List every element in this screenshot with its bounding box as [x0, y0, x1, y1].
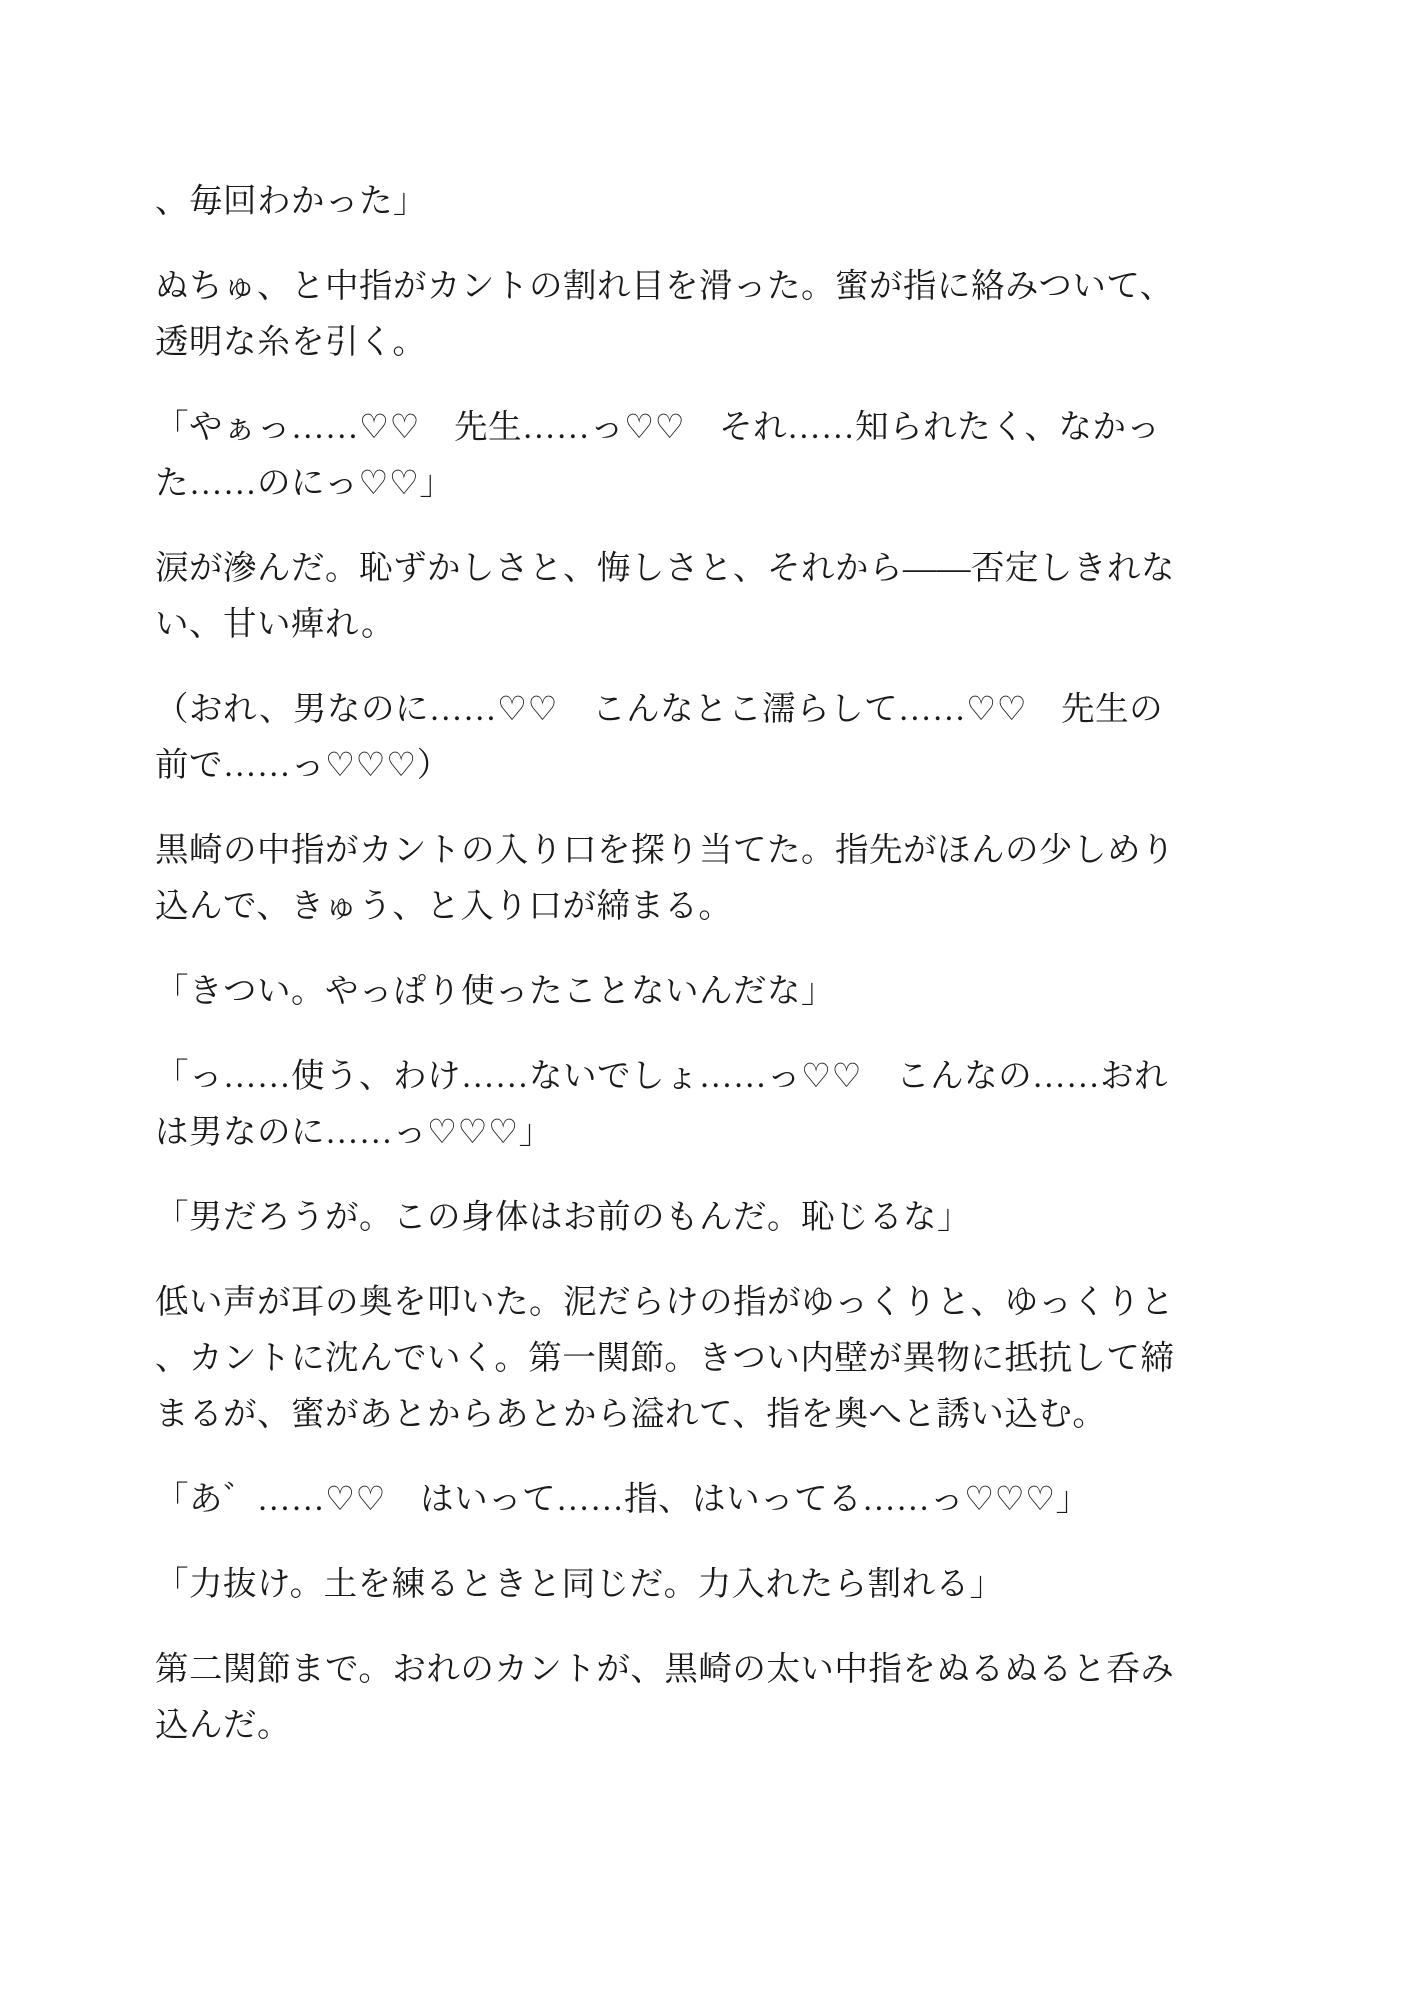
text-line: 「男だろうが。この身体はお前のもんだ。恥じるな」	[155, 1190, 1185, 1246]
paragraph: 、毎回わかった」	[155, 174, 1185, 230]
text-line: （おれ、男なのに……♡♡ こんなとこ濡らして……♡♡ 先生の	[155, 682, 1185, 738]
paragraph: 低い声が耳の奥を叩いた。泥だらけの指がゆっくりと、ゆっくりと、カントに沈んでいく…	[155, 1275, 1185, 1443]
page-body: 、毎回わかった」ぬちゅ、と中指がカントの割れ目を滑った。蜜が指に絡みついて、透明…	[155, 174, 1185, 1783]
paragraph: 「あ゛……♡♡ はいって……指、はいってる……っ♡♡♡」	[155, 1472, 1185, 1528]
text-line: 透明な糸を引く。	[155, 315, 1185, 371]
paragraph: 「力抜け。土を練るときと同じだ。力入れたら割れる」	[155, 1557, 1185, 1613]
text-line: 低い声が耳の奥を叩いた。泥だらけの指がゆっくりと、ゆっくりと	[155, 1275, 1185, 1331]
text-line: まるが、蜜があとからあとから溢れて、指を奥へと誘い込む。	[155, 1387, 1185, 1443]
text-line: 「っ……使う、わけ……ないでしょ……っ♡♡ こんなの……おれ	[155, 1049, 1185, 1105]
text-line: 、毎回わかった」	[155, 174, 1185, 230]
text-line: ぬちゅ、と中指がカントの割れ目を滑った。蜜が指に絡みついて、	[155, 259, 1185, 315]
paragraph: 「やぁっ……♡♡ 先生……っ♡♡ それ……知られたく、なかった……のにっ♡♡」	[155, 400, 1185, 512]
text-line: 「やぁっ……♡♡ 先生……っ♡♡ それ……知られたく、なかっ	[155, 400, 1185, 456]
paragraph: 「っ……使う、わけ……ないでしょ……っ♡♡ こんなの……おれは男なのに……っ♡♡…	[155, 1049, 1185, 1161]
text-line: 「あ゛……♡♡ はいって……指、はいってる……っ♡♡♡」	[155, 1472, 1185, 1528]
text-line: 第二関節まで。おれのカントが、黒崎の太い中指をぬるぬると呑み	[155, 1642, 1185, 1698]
text-line: 込んだ。	[155, 1698, 1185, 1754]
text-line: た……のにっ♡♡」	[155, 456, 1185, 512]
paragraph: 第二関節まで。おれのカントが、黒崎の太い中指をぬるぬると呑み込んだ。	[155, 1642, 1185, 1754]
paragraph: 「男だろうが。この身体はお前のもんだ。恥じるな」	[155, 1190, 1185, 1246]
paragraph: ぬちゅ、と中指がカントの割れ目を滑った。蜜が指に絡みついて、透明な糸を引く。	[155, 259, 1185, 371]
text-line: 「きつい。やっぱり使ったことないんだな」	[155, 964, 1185, 1020]
text-line: 、カントに沈んでいく。第一関節。きつい内壁が異物に抵抗して締	[155, 1331, 1185, 1387]
paragraph: 黒崎の中指がカントの入り口を探り当てた。指先がほんの少しめり込んで、きゅう、と入…	[155, 823, 1185, 935]
document-page: { "page": { "background": "#ffffff", "te…	[0, 0, 1415, 2000]
text-line: い、甘い痺れ。	[155, 597, 1185, 653]
paragraph: 涙が滲んだ。恥ずかしさと、悔しさと、それから——否定しきれない、甘い痺れ。	[155, 541, 1185, 653]
paragraph: 「きつい。やっぱり使ったことないんだな」	[155, 964, 1185, 1020]
text-line: 涙が滲んだ。恥ずかしさと、悔しさと、それから——否定しきれな	[155, 541, 1185, 597]
text-line: 前で……っ♡♡♡）	[155, 738, 1185, 794]
text-line: 「力抜け。土を練るときと同じだ。力入れたら割れる」	[155, 1557, 1185, 1613]
text-line: は男なのに……っ♡♡♡」	[155, 1105, 1185, 1161]
text-line: 込んで、きゅう、と入り口が締まる。	[155, 879, 1185, 935]
text-line: 黒崎の中指がカントの入り口を探り当てた。指先がほんの少しめり	[155, 823, 1185, 879]
paragraph: （おれ、男なのに……♡♡ こんなとこ濡らして……♡♡ 先生の前で……っ♡♡♡）	[155, 682, 1185, 794]
